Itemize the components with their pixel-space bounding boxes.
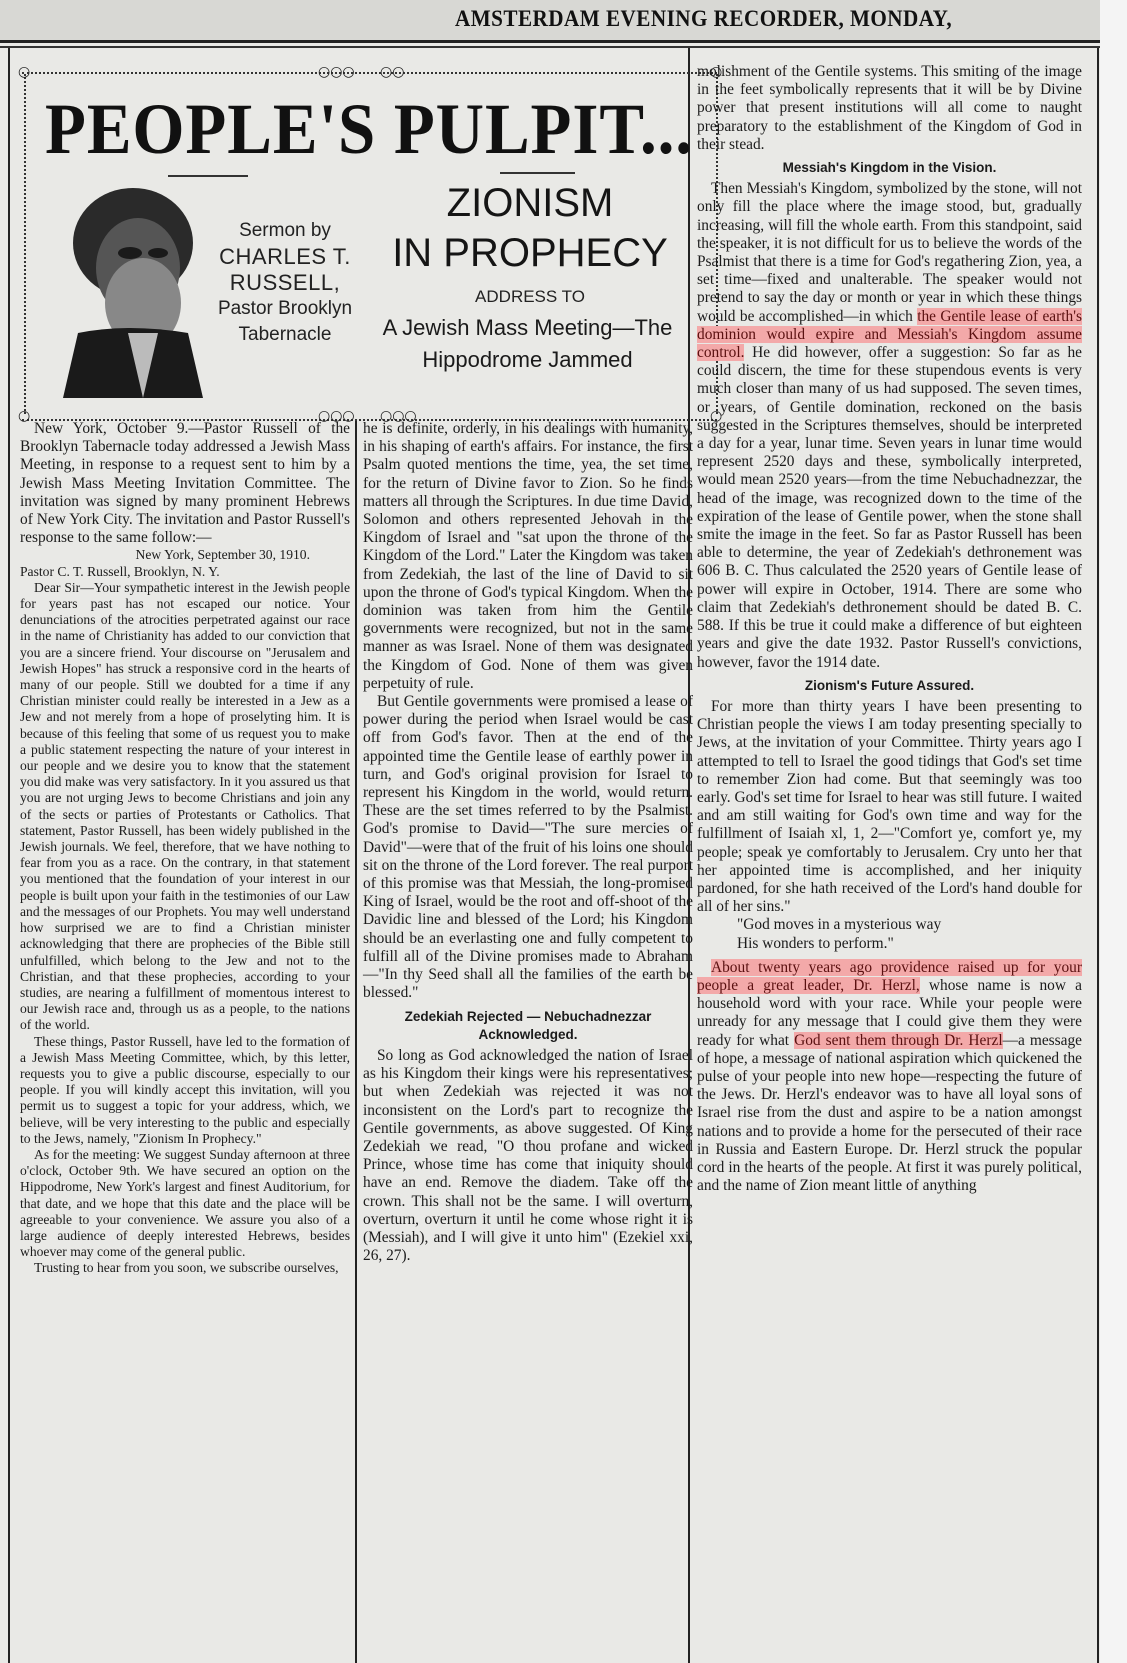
sermon-byline: Sermon by CHARLES T. RUSSELL, Pastor Bro…: [200, 218, 370, 348]
article-column-1: New York, October 9.—Pastor Russell of t…: [20, 420, 350, 1277]
article-paragraph: But Gentile governments were promised a …: [363, 693, 693, 1002]
article-paragraph: he is definite, orderly, in his dealings…: [363, 420, 693, 693]
highlighted-passage: God sent them through Dr. Herzl: [794, 1032, 1002, 1049]
column-divider-left: [8, 48, 10, 1663]
letter-paragraph: Dear Sir—Your sympathetic interest in th…: [20, 580, 350, 1034]
article-paragraph: Then Messiah's Kingdom, symbolized by th…: [697, 180, 1082, 671]
newspaper-masthead: AMSTERDAM EVENING RECORDER, MONDAY,: [455, 6, 952, 32]
address-to-label: ADDRESS TO: [370, 287, 690, 307]
masthead-rule-secondary: [0, 46, 1100, 48]
letter-dateline: New York, September 30, 1910.: [20, 547, 350, 563]
preacher-church: Tabernacle: [200, 322, 370, 348]
ornament-icon: ○: [18, 64, 30, 80]
section-subhead: Zionism's Future Assured.: [697, 677, 1082, 695]
text-run: He did however, offer a suggestion: So f…: [697, 344, 1082, 670]
column-divider-1: [355, 420, 357, 1663]
article-paragraph: So long as God acknowledged the nation o…: [363, 1047, 693, 1265]
text-run: Then Messiah's Kingdom, symbolized by th…: [697, 180, 1082, 324]
column-title: PEOPLE'S PULPIT...: [45, 88, 693, 171]
masthead-rule: [0, 40, 1100, 43]
headline-line: IN PROPHECY: [370, 228, 690, 278]
intro-paragraph: New York, October 9.—Pastor Russell of t…: [20, 420, 350, 547]
letter-paragraph: As for the meeting: We suggest Sunday af…: [20, 1147, 350, 1260]
article-paragraph: For more than thirty years I have been p…: [697, 698, 1082, 916]
verse-line: "God moves in a mysterious way: [697, 916, 1082, 934]
newspaper-page: AMSTERDAM EVENING RECORDER, MONDAY, ○ ○○…: [0, 0, 1100, 1663]
letter-paragraph: Trusting to hear from you soon, we subsc…: [20, 1260, 350, 1276]
preacher-name: CHARLES T.: [200, 244, 370, 270]
subheadline-line: A Jewish Mass Meeting—The: [355, 312, 700, 344]
subheadline-line: Hippodrome Jammed: [355, 344, 700, 376]
sermon-by-label: Sermon by: [200, 218, 370, 244]
article-paragraph: molishment of the Gentile systems. This …: [697, 63, 1082, 154]
title-box-border-left: [24, 74, 28, 414]
title-underline: [500, 172, 575, 174]
column-divider-right: [1097, 48, 1099, 1663]
sermon-subheadline: A Jewish Mass Meeting—The Hippodrome Jam…: [355, 312, 700, 376]
verse-line: His wonders to perform.": [697, 935, 1082, 953]
sermon-headline: ZIONISM IN PROPHECY: [370, 178, 690, 278]
article-column-2: he is definite, orderly, in his dealings…: [363, 420, 693, 1265]
ornament-icon: ○○○: [318, 64, 355, 80]
article-column-3: molishment of the Gentile systems. This …: [697, 63, 1082, 1195]
text-run: —a message of hope, a message of nationa…: [697, 1032, 1082, 1195]
preacher-surname: RUSSELL,: [200, 270, 370, 296]
letter-paragraph: These things, Pastor Russell, have led t…: [20, 1034, 350, 1147]
preacher-role: Pastor Brooklyn: [200, 296, 370, 322]
ornament-icon: ○○: [380, 64, 404, 80]
section-subhead: Messiah's Kingdom in the Vision.: [697, 159, 1082, 177]
title-underline: [168, 175, 248, 177]
article-paragraph: About twenty years ago providence raised…: [697, 959, 1082, 1196]
headline-line: ZIONISM: [370, 178, 690, 228]
section-subhead: Zedekiah Rejected — Nebuchadnezzar Ackno…: [363, 1008, 693, 1044]
preacher-portrait-icon: [58, 183, 203, 398]
letter-addressee: Pastor C. T. Russell, Brooklyn, N. Y.: [20, 564, 350, 580]
